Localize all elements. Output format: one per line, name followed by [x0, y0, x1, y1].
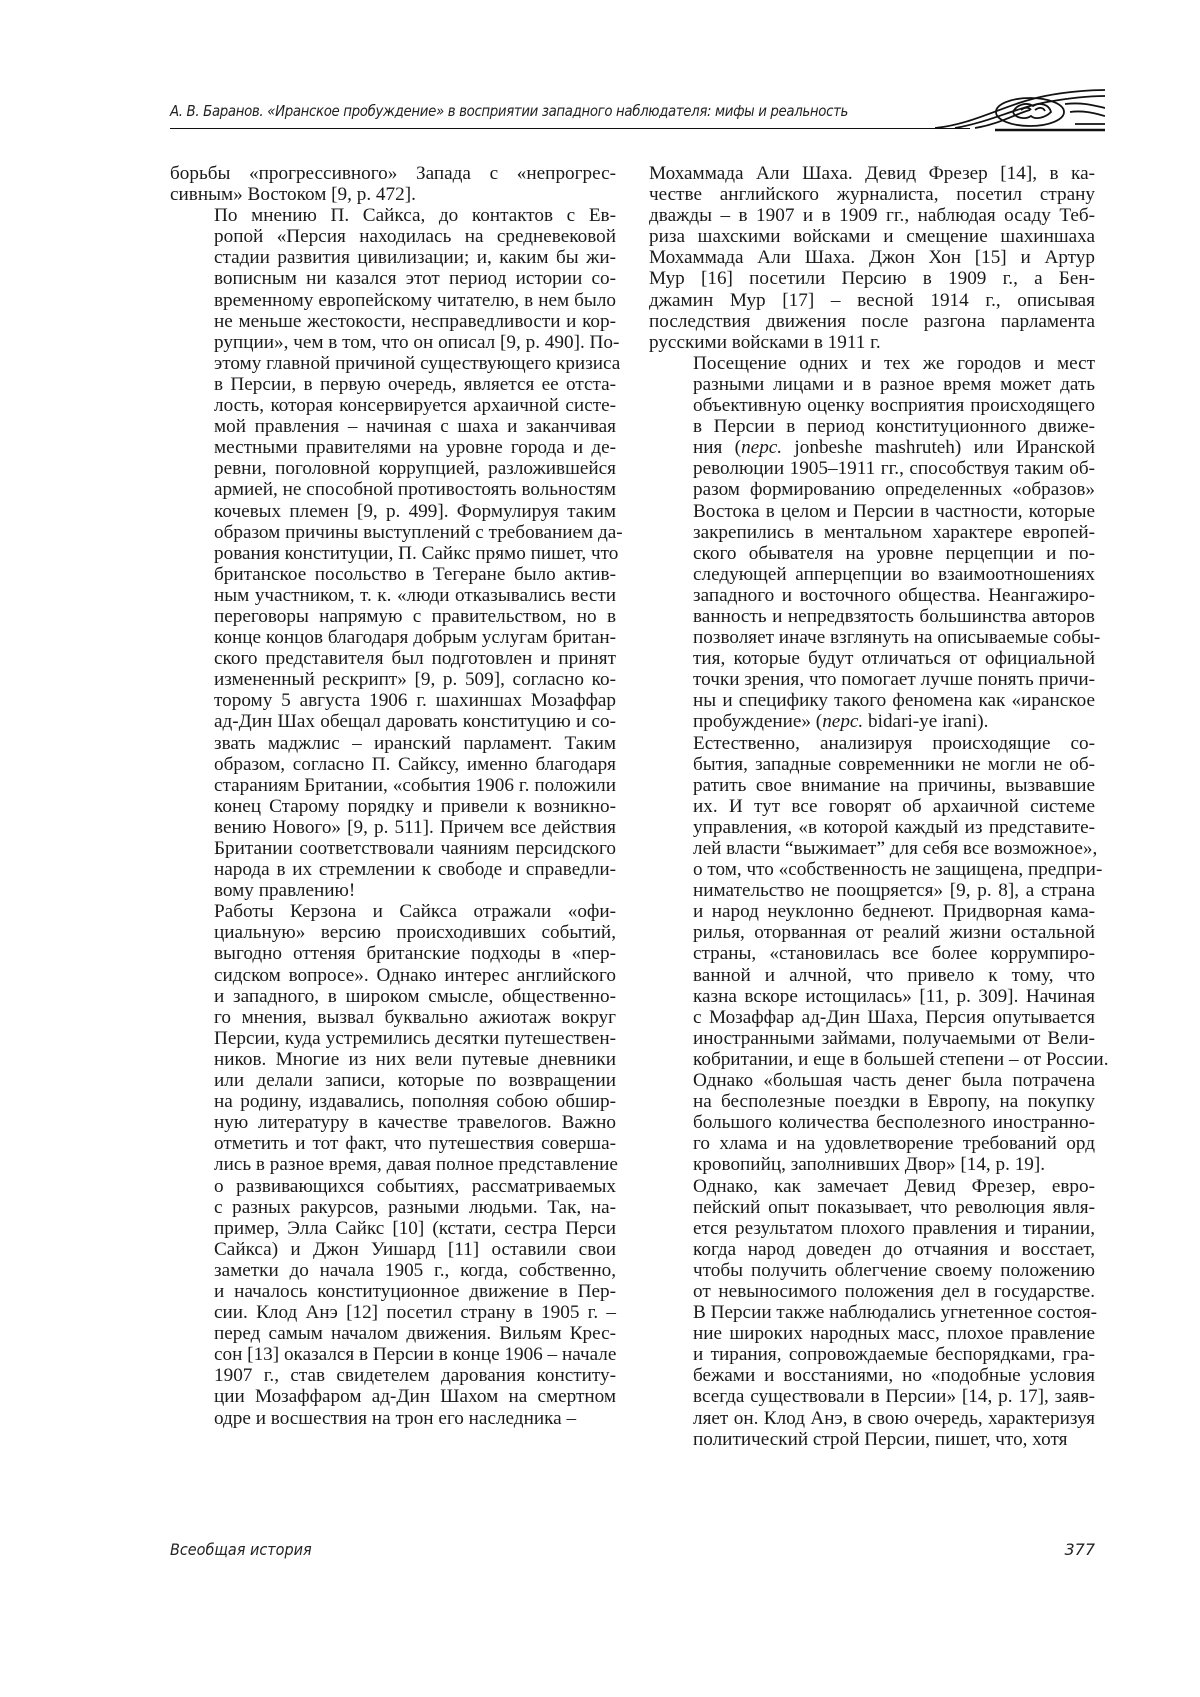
paragraph: Однако, как замечает Девид Фрезер, евро-… [649, 1176, 1095, 1450]
text-line: циальную» версию происходивших событий, [170, 922, 616, 943]
art-nouveau-ornament-icon [935, 84, 1105, 136]
text-line: и западного, в широком смысле, обществен… [170, 986, 616, 1007]
text-line: По мнению П. Сайкса, до контактов с Ев- [170, 205, 616, 226]
text-line: о развивающихся событиях, рассматриваемы… [170, 1176, 616, 1197]
text-line: В Персии также наблюдались угнетенное со… [649, 1302, 1095, 1323]
text-line: звать маджлис – иранский парламент. Таки… [170, 733, 616, 754]
text-line: с разных ракурсов, разными людьми. Так, … [170, 1197, 616, 1218]
text-line: мой правления – начиная с шаха и заканчи… [170, 416, 616, 437]
text-line: в Персии в период конституционного движе… [649, 416, 1095, 437]
text-line: их. И тут все говорят об архаичной систе… [649, 796, 1095, 817]
text-line: ется результатом плохого правления и тир… [649, 1218, 1095, 1239]
page-footer: Всеобщая история 377 [170, 1540, 1095, 1570]
text-line: торому 5 августа 1906 г. шахиншах Мозафф… [170, 690, 616, 711]
text-line: британское посольство в Тегеране было ак… [170, 564, 616, 585]
text-line: стадии развития цивилизации; и, каким бы… [170, 247, 616, 268]
text-line: риза шахскими войсками и смещение шахинш… [649, 226, 1095, 247]
text-line: или делали записи, которые по возвращени… [170, 1070, 616, 1091]
text-line: русскими войсками в 1911 г. [649, 332, 1095, 353]
text-line: на бесполезные поездки в Европу, на поку… [649, 1091, 1095, 1112]
text-line: отметить и тот факт, что путешествия сов… [170, 1133, 616, 1154]
text-line: от невыносимого положения дел в государс… [649, 1281, 1095, 1302]
text-line: тия, которые будут отличаться от официал… [649, 648, 1095, 669]
text-line: ского представителя был подготовлен и пр… [170, 648, 616, 669]
text-line: Мохаммада Али Шаха. Девид Фрезер [14], в… [649, 163, 1095, 184]
text-line: разными лицами и в разное время может да… [649, 374, 1095, 395]
text-line: го хлама и на удовлетворение требований … [649, 1133, 1095, 1154]
text-line: Британии соответствовали чаяниям персидс… [170, 838, 616, 859]
text-line: ад-Дин Шах обещал даровать конституцию и… [170, 711, 616, 732]
text-line: страны, «становилась все более коррумпир… [649, 943, 1095, 964]
text-line: объективную оценку восприятия происходящ… [649, 395, 1095, 416]
text-line: ние широких народных масс, плохое правле… [649, 1323, 1095, 1344]
text-line: образом причины выступлений с требование… [170, 522, 616, 543]
text-line: бежами и восстаниями, но «подобные услов… [649, 1365, 1095, 1386]
text-line: Однако «большая часть денег была потраче… [649, 1070, 1095, 1091]
text-line: вому правлению! [170, 880, 616, 901]
journal-name: Всеобщая история [170, 1540, 312, 1559]
text-line: этому главной причиной существующего кри… [170, 353, 616, 374]
text-line: переговоры напрямую с правительством, но… [170, 606, 616, 627]
text-line: казна вскоре истощилась» [11, p. 309]. Н… [649, 986, 1095, 1007]
text-line: на родину, издавались, пополняя собою об… [170, 1091, 616, 1112]
text-line: ников. Многие из них вели путевые дневни… [170, 1049, 616, 1070]
text-line: Сайкса) и Джон Уишард [11] оставили свои [170, 1239, 616, 1260]
paragraph: Работы Керзона и Сайкса отражали «офи-ци… [170, 901, 616, 1428]
text-line: ропой «Персия находилась на средневеково… [170, 226, 616, 247]
text-line: и тирания, сопровождаемые беспорядками, … [649, 1344, 1095, 1365]
text-line: с Мозаффар ад-Дин Шаха, Персия опутывает… [649, 1007, 1095, 1028]
text-line: конце концов благодаря добрым услугам бр… [170, 627, 616, 648]
text-line: кобритании, и еще в большей степени – от… [649, 1049, 1095, 1070]
text-line: когда народ доведен до отчаяния и восста… [649, 1239, 1095, 1260]
paragraph: По мнению П. Сайкса, до контактов с Ев-р… [170, 205, 616, 901]
text-line: управления, «в которой каждый из предста… [649, 817, 1095, 838]
text-line: лость, которая консервируется архаичной … [170, 395, 616, 416]
text-line: последствия движения после разгона парла… [649, 311, 1095, 332]
text-line: всегда существовали в Персии» [14, p. 17… [649, 1386, 1095, 1407]
text-line: разом формированию определенных «образов… [649, 479, 1095, 500]
paragraph: борьбы «прогрессивного» Запада с «непрог… [170, 163, 616, 205]
text-line: ревни, поголовной коррупцией, разложивше… [170, 458, 616, 479]
text-line: местными правителями на уровне города и … [170, 437, 616, 458]
text-line: Персии, куда устремились десятки путешес… [170, 1028, 616, 1049]
running-header: А. В. Баранов. «Иранское пробуждение» в … [170, 92, 1095, 132]
text-line: ского обывателя на уровне перцепции и по… [649, 543, 1095, 564]
text-line: лись в разное время, давая полное предст… [170, 1154, 616, 1175]
text-line: Востока в целом и Персии в частности, ко… [649, 501, 1095, 522]
text-line: ны и специфику такого феномена как «иран… [649, 690, 1095, 711]
text-line: честве английского журналиста, посетил с… [649, 184, 1095, 205]
text-line: временному европейскому читателю, в нем … [170, 290, 616, 311]
text-line: пейский опыт показывает, что революция я… [649, 1197, 1095, 1218]
text-line: образом, согласно П. Сайксу, именно благ… [170, 754, 616, 775]
text-line: сии. Клод Анэ [12] посетил страну в 1905… [170, 1302, 616, 1323]
text-line: го мнения, вызвал буквально ажиотаж вокр… [170, 1007, 616, 1028]
text-line: чтобы получить облегчение своему положен… [649, 1260, 1095, 1281]
text-line: народа в их стремлении к свободе и справ… [170, 859, 616, 880]
text-line: закрепились в ментальном характере европ… [649, 522, 1095, 543]
text-line: Естественно, анализируя происходящие со- [649, 733, 1095, 754]
text-line: Мур [16] посетили Персию в 1909 г., а Бе… [649, 268, 1095, 289]
text-line: Однако, как замечает Девид Фрезер, евро- [649, 1176, 1095, 1197]
text-line: заметки до начала 1905 г., когда, собств… [170, 1260, 616, 1281]
text-line: пример, Элла Сайкс [10] (кстати, сестра … [170, 1218, 616, 1239]
text-line: ции Мозаффаром ад-Дин Шахом на смертном [170, 1386, 616, 1407]
text-line: выгодно оттеняя британские подходы в «пе… [170, 943, 616, 964]
text-line: сон [13] оказался в Персии в конце 1906 … [170, 1344, 616, 1365]
paragraph: Посещение одних и тех же городов и местр… [649, 353, 1095, 733]
article-body: борьбы «прогрессивного» Запада с «непрог… [170, 163, 1095, 1513]
text-line: ния (перс. jonbeshe mashruteh) или Иранс… [649, 437, 1095, 458]
text-line: рупции», чем в том, что он описал [9, p.… [170, 332, 616, 353]
text-line: ванность и непредвзятость большинства ав… [649, 606, 1095, 627]
running-title: А. В. Баранов. «Иранское пробуждение» в … [170, 102, 848, 120]
text-line: иностранными займами, получаемыми от Вел… [649, 1028, 1095, 1049]
text-line: армией, не способной противостоять вольн… [170, 479, 616, 500]
text-line: конец Старому порядку и привели к возник… [170, 796, 616, 817]
text-line: стараниям Британии, «события 1906 г. пол… [170, 775, 616, 796]
text-line: точки зрения, что помогает лучше понять … [649, 669, 1095, 690]
text-line: сидском вопросе». Однако интерес английс… [170, 965, 616, 986]
text-line: и началось конституционное движение в Пе… [170, 1281, 616, 1302]
text-line: ляет он. Клод Анэ, в свою очередь, харак… [649, 1408, 1095, 1429]
text-line: ную литературу в качестве травелогов. Ва… [170, 1112, 616, 1133]
page-number: 377 [1064, 1540, 1095, 1559]
header-rule [170, 128, 970, 129]
right-column: Мохаммада Али Шаха. Девид Фрезер [14], в… [649, 163, 1095, 1450]
text-line: Посещение одних и тех же городов и мест [649, 353, 1095, 374]
text-line: вению Нового» [9, p. 511]. Причем все де… [170, 817, 616, 838]
text-line: Работы Керзона и Сайкса отражали «офи- [170, 901, 616, 922]
text-line: политический строй Персии, пишет, что, х… [649, 1429, 1095, 1450]
text-line: борьбы «прогрессивного» Запада с «непрог… [170, 163, 616, 184]
paragraph: Мохаммада Али Шаха. Девид Фрезер [14], в… [649, 163, 1095, 353]
text-line: Мохаммада Али Шаха. Джон Хон [15] и Арту… [649, 247, 1095, 268]
text-line: большого количества бесполезного иностра… [649, 1112, 1095, 1133]
text-line: ванной и алчной, что привело к тому, что [649, 965, 1095, 986]
text-line: кровопийц, заполнивших Двор» [14, p. 19]… [649, 1154, 1095, 1175]
text-line: ным участником, т. к. «люди отказывались… [170, 585, 616, 606]
text-line: позволяет иначе взглянуть на описываемые… [649, 627, 1095, 648]
text-line: не меньше жестокости, несправедливости и… [170, 311, 616, 332]
text-line: бытия, западные современники не могли не… [649, 754, 1095, 775]
text-line: лей власти “выжимает” для себя все возмо… [649, 838, 1095, 859]
text-line: пробуждение» (перс. bidari-ye irani). [649, 711, 1095, 732]
text-line: и народ неуклонно беднеют. Придворная ка… [649, 901, 1095, 922]
text-line: дважды – в 1907 и в 1909 гг., наблюдая о… [649, 205, 1095, 226]
text-line: в Персии, в первую очередь, является ее … [170, 374, 616, 395]
text-line: перед самым началом движения. Вильям Кре… [170, 1323, 616, 1344]
text-line: революции 1905–1911 гг., способствуя так… [649, 458, 1095, 479]
text-line: измененный рескрипт» [9, p. 509], соглас… [170, 669, 616, 690]
text-line: рования конституции, П. Сайкс прямо пише… [170, 543, 616, 564]
text-line: 1907 г., став свидетелем дарования конст… [170, 1365, 616, 1386]
text-line: о том, что «собственность не защищена, п… [649, 859, 1095, 880]
left-column: борьбы «прогрессивного» Запада с «непрог… [170, 163, 616, 1429]
text-line: вописным ни казался этот период истории … [170, 268, 616, 289]
paragraph: Естественно, анализируя происходящие со-… [649, 733, 1095, 1176]
text-line: джамин Мур [17] – весной 1914 г., описыв… [649, 290, 1095, 311]
text-line: ратить свое внимание на причины, вызвавш… [649, 775, 1095, 796]
text-line: одре и восшествия на трон его наследника… [170, 1408, 616, 1429]
text-line: рилья, оторванная от реалий жизни осталь… [649, 922, 1095, 943]
text-line: сивным» Востоком [9, p. 472]. [170, 184, 616, 205]
text-line: нимательство не поощряется» [9, p. 8], а… [649, 880, 1095, 901]
text-line: следующей апперцепции во взаимоотношения… [649, 564, 1095, 585]
text-line: кочевых племен [9, p. 499]. Формулируя т… [170, 501, 616, 522]
text-line: западного и восточного общества. Неангаж… [649, 585, 1095, 606]
